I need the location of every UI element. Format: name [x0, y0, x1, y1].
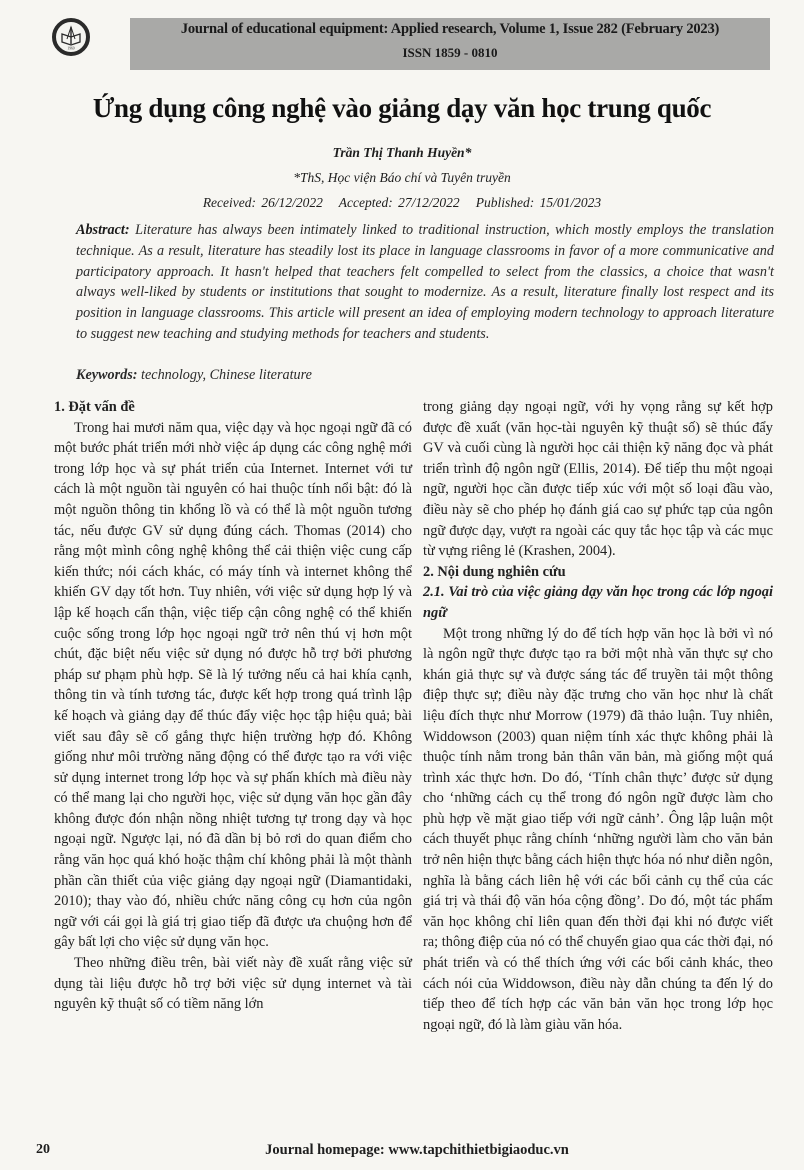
- keywords-text: technology, Chinese literature: [141, 367, 312, 383]
- accepted-label: Accepted:: [339, 195, 393, 210]
- published-label: Published:: [476, 195, 535, 210]
- article-title: Ứng dụng công nghệ vào giảng dạy văn học…: [0, 93, 804, 124]
- section-heading-1: 1. Đặt vấn đề: [54, 397, 412, 418]
- journal-citation: Journal of educational equipment: Applie…: [130, 21, 770, 38]
- journal-header-band: Journal of educational equipment: Applie…: [130, 18, 770, 70]
- paragraph: Một trong những lý do để tích hợp văn họ…: [423, 624, 773, 1036]
- article-dates: Received: 26/12/2022 Accepted: 27/12/202…: [0, 195, 804, 211]
- author-name: Trần Thị Thanh Huyền*: [0, 145, 804, 161]
- abstract-text: Literature has always been intimately li…: [76, 222, 774, 342]
- issn: ISSN 1859 - 0810: [130, 45, 770, 61]
- paragraph: Theo những điều trên, bài viết này đề xu…: [54, 953, 412, 1015]
- abstract: Abstract: Literature has always been int…: [76, 220, 774, 345]
- accepted-date: 27/12/2022: [398, 195, 460, 210]
- body-column-right: trong giảng dạy ngoại ngữ, với hy vọng r…: [423, 397, 773, 1035]
- section-heading-2: 2. Nội dung nghiên cứu: [423, 562, 773, 583]
- svg-text:1960: 1960: [67, 47, 74, 51]
- received-date: 26/12/2022: [261, 195, 323, 210]
- journal-homepage: Journal homepage: www.tapchithietbigiaod…: [0, 1142, 804, 1159]
- published-date: 15/01/2023: [540, 195, 602, 210]
- book-emblem-icon: 1960: [56, 22, 86, 52]
- keywords: Keywords: technology, Chinese literature: [76, 367, 312, 384]
- paragraph-continued: trong giảng dạy ngoại ngữ, với hy vọng r…: [423, 397, 773, 562]
- body-column-left: 1. Đặt vấn đề Trong hai mươi năm qua, vi…: [54, 397, 412, 1015]
- keywords-label: Keywords:: [76, 367, 137, 383]
- received-label: Received:: [203, 195, 256, 210]
- subsection-heading-2-1: 2.1. Vai trò của việc giảng dạy văn học …: [423, 582, 773, 623]
- paragraph: Trong hai mươi năm qua, việc dạy và học …: [54, 418, 412, 953]
- journal-logo: 1960: [52, 18, 90, 56]
- author-affiliation: *ThS, Học viện Báo chí và Tuyên truyền: [0, 170, 804, 186]
- abstract-label: Abstract:: [76, 222, 130, 238]
